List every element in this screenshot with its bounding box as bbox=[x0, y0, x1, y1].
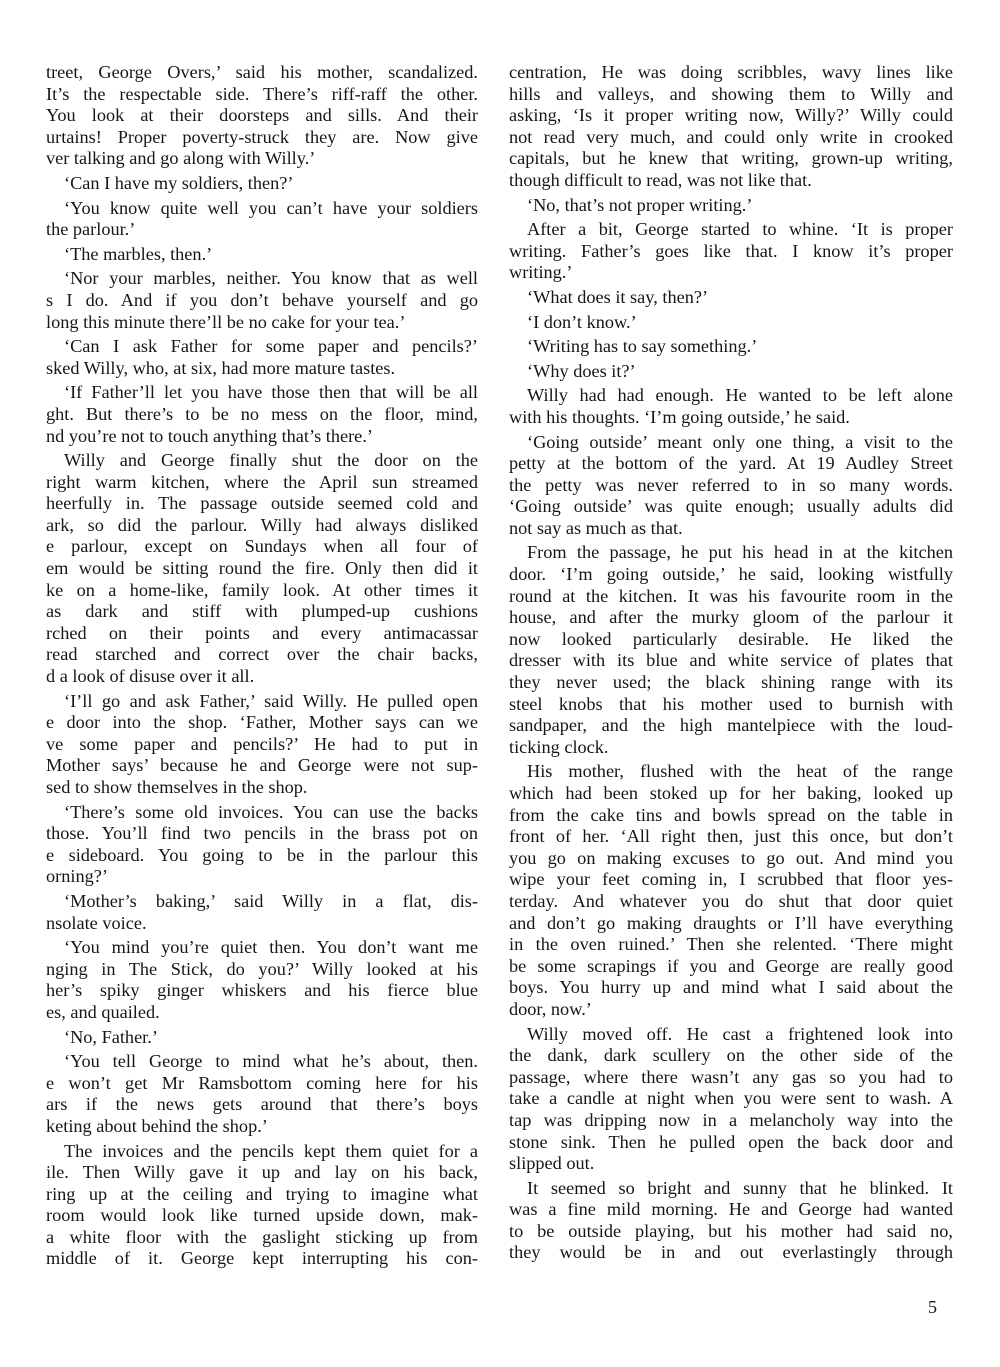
text-line: be some scrapings if you and George are … bbox=[509, 956, 953, 978]
text-line: tap was dripping now in a melancholy way… bbox=[509, 1110, 953, 1132]
text-line: writing. Father’s goes like that. I know… bbox=[509, 241, 953, 263]
text-line: His mother, flushed with the heat of the… bbox=[509, 761, 953, 783]
text-line: steel knobs that his mother used to burn… bbox=[509, 694, 953, 716]
text-line: they would be in and out everlastingly t… bbox=[509, 1242, 953, 1264]
text-line: ke on a home-like, family look. At other… bbox=[46, 580, 478, 602]
text-line: em would be sitting round the fire. Only… bbox=[46, 558, 478, 580]
text-line: e sideboard. You going to be in the parl… bbox=[46, 845, 478, 867]
text-line: ‘I don’t know.’ bbox=[509, 312, 953, 334]
text-line: her’s spiky ginger whiskers and his fier… bbox=[46, 980, 478, 1002]
text-line: ‘Going outside’ meant only one thing, a … bbox=[509, 432, 953, 454]
text-line: wipe your feet coming in, I scrubbed tha… bbox=[509, 869, 953, 891]
page-number: 5 bbox=[928, 1297, 937, 1318]
text-line: keting about behind the shop.’ bbox=[46, 1116, 478, 1138]
text-line: nd you’re not to touch anything that’s t… bbox=[46, 426, 478, 448]
text-line: ‘Can I ask Father for some paper and pen… bbox=[46, 336, 478, 358]
text-line: those. You’ll find two pencils in the br… bbox=[46, 823, 478, 845]
text-line: sandpaper, and the high mantelpiece with… bbox=[509, 715, 953, 737]
text-line: ‘You tell George to mind what he’s about… bbox=[46, 1051, 478, 1073]
text-line: After a bit, George started to whine. ‘I… bbox=[509, 219, 953, 241]
text-line: es, and quailed. bbox=[46, 1002, 478, 1024]
text-line: asking, ‘Is it proper writing now, Willy… bbox=[509, 105, 953, 127]
text-line: ‘Why does it?’ bbox=[509, 361, 953, 383]
text-line: ght. But there’s to be no mess on the fl… bbox=[46, 404, 478, 426]
text-line: dresser with its blue and white service … bbox=[509, 650, 953, 672]
text-line: was a fine mild morning. He and George h… bbox=[509, 1199, 953, 1221]
text-line: ‘I’ll go and ask Father,’ said Willy. He… bbox=[46, 691, 478, 713]
text-line: though difficult to read, was not like t… bbox=[509, 170, 953, 192]
text-line: ‘You mind you’re quiet then. You don’t w… bbox=[46, 937, 478, 959]
text-line: passage, where there wasn’t any gas so y… bbox=[509, 1067, 953, 1089]
text-line: now looked particularly desirable. He li… bbox=[509, 629, 953, 651]
text-line: which had been stoked up for her baking,… bbox=[509, 783, 953, 805]
text-line: nsolate voice. bbox=[46, 913, 478, 935]
text-line: ‘No, that’s not proper writing.’ bbox=[509, 195, 953, 217]
text-line: d a look of disuse over it all. bbox=[46, 666, 478, 688]
text-line: The invoices and the pencils kept them q… bbox=[46, 1141, 478, 1163]
text-line: ‘What does it say, then?’ bbox=[509, 287, 953, 309]
text-line: sed to show themselves in the shop. bbox=[46, 777, 478, 799]
text-line: Willy moved off. He cast a frightened lo… bbox=[509, 1024, 953, 1046]
text-line: From the passage, he put his head in at … bbox=[509, 542, 953, 564]
text-line: ars if the news gets around that there’s… bbox=[46, 1094, 478, 1116]
text-line: petty at the bottom of the yard. At 19 A… bbox=[509, 453, 953, 475]
text-line: a white floor with the gaslight sticking… bbox=[46, 1227, 478, 1249]
text-line: with his thoughts. ‘I’m going outside,’ … bbox=[509, 407, 953, 429]
text-line: from the cake tins and bowls spread on t… bbox=[509, 805, 953, 827]
text-line: sked Willy, who, at six, had more mature… bbox=[46, 358, 478, 380]
text-line: you go on making excuses to go out. And … bbox=[509, 848, 953, 870]
text-line: It’s the respectable side. There’s riff-… bbox=[46, 84, 478, 106]
text-line: ver talking and go along with Willy.’ bbox=[46, 148, 478, 170]
text-line: ‘There’s some old invoices. You can use … bbox=[46, 802, 478, 824]
text-line: ve some paper and pencils?’ He had to pu… bbox=[46, 734, 478, 756]
text-line: ‘You know quite well you can’t have your… bbox=[46, 198, 478, 220]
text-line: and don’t go making draughts or I’ll hav… bbox=[509, 913, 953, 935]
text-line: ticking clock. bbox=[509, 737, 953, 759]
text-line: terday. And whatever you do shut that do… bbox=[509, 891, 953, 913]
text-line: treet, George Overs,’ said his mother, s… bbox=[46, 62, 478, 84]
text-line: Willy had had enough. He wanted to be le… bbox=[509, 385, 953, 407]
text-line: ‘Going outside’ was quite enough; usuall… bbox=[509, 496, 953, 518]
text-line: not read very much, and could only write… bbox=[509, 127, 953, 149]
text-line: ‘Can I have my soldiers, then?’ bbox=[46, 173, 478, 195]
text-line: round at the kitchen. It was his favouri… bbox=[509, 586, 953, 608]
text-line: ‘Writing has to say something.’ bbox=[509, 336, 953, 358]
text-line: ‘No, Father.’ bbox=[46, 1027, 478, 1049]
text-line: capitals, but he knew that writing, grow… bbox=[509, 148, 953, 170]
text-line: to be outside playing, but his mother ha… bbox=[509, 1221, 953, 1243]
text-line: nging in The Stick, do you?’ Willy looke… bbox=[46, 959, 478, 981]
text-line: take a candle at night when you were sen… bbox=[509, 1088, 953, 1110]
text-line: long this minute there’ll be no cake for… bbox=[46, 312, 478, 334]
text-line: s I do. And if you don’t behave yourself… bbox=[46, 290, 478, 312]
text-line: slipped out. bbox=[509, 1153, 953, 1175]
text-line: as dark and stiff with plumped-up cushio… bbox=[46, 601, 478, 623]
text-line: rched on their points and every antimaca… bbox=[46, 623, 478, 645]
text-line: room would look like turned upside down,… bbox=[46, 1205, 478, 1227]
text-line: house, and after the murky gloom of the … bbox=[509, 607, 953, 629]
text-line: ark, so did the parlour. Willy had alway… bbox=[46, 515, 478, 537]
text-line: ‘Mother’s baking,’ said Willy in a flat,… bbox=[46, 891, 478, 913]
text-line: the petty was never referred to in so ma… bbox=[509, 475, 953, 497]
text-line: Willy and George finally shut the door o… bbox=[46, 450, 478, 472]
text-line: You look at their doorsteps and sills. A… bbox=[46, 105, 478, 127]
text-line: not say as much as that. bbox=[509, 518, 953, 540]
text-line: boys. You hurry up and mind what I said … bbox=[509, 977, 953, 999]
text-line: the parlour.’ bbox=[46, 219, 478, 241]
text-line: middle of it. George kept interrupting h… bbox=[46, 1248, 478, 1270]
text-line: Mother says’ because he and George were … bbox=[46, 755, 478, 777]
text-line: right warm kitchen, where the April sun … bbox=[46, 472, 478, 494]
text-line: front of her. ‘All right then, just this… bbox=[509, 826, 953, 848]
text-line: heerfully in. The passage outside seemed… bbox=[46, 493, 478, 515]
text-line: It seemed so bright and sunny that he bl… bbox=[509, 1178, 953, 1200]
text-line: ‘Nor your marbles, neither. You know tha… bbox=[46, 268, 478, 290]
right-text-column: centration, He was doing scribbles, wavy… bbox=[509, 62, 953, 1264]
text-line: door. ‘I’m going outside,’ he said, look… bbox=[509, 564, 953, 586]
text-line: e parlour, except on Sundays when all fo… bbox=[46, 536, 478, 558]
text-line: ‘The marbles, then.’ bbox=[46, 244, 478, 266]
text-line: ‘If Father’ll let you have those then th… bbox=[46, 382, 478, 404]
left-text-column: treet, George Overs,’ said his mother, s… bbox=[46, 62, 478, 1270]
text-line: e won’t get Mr Ramsbottom coming here fo… bbox=[46, 1073, 478, 1095]
text-line: urtains! Proper poverty-struck they are.… bbox=[46, 127, 478, 149]
text-line: e door into the shop. ‘Father, Mother sa… bbox=[46, 712, 478, 734]
text-line: centration, He was doing scribbles, wavy… bbox=[509, 62, 953, 84]
text-line: stone sink. Then he pulled open the back… bbox=[509, 1132, 953, 1154]
text-line: the dank, dark scullery on the other sid… bbox=[509, 1045, 953, 1067]
text-line: orning?’ bbox=[46, 866, 478, 888]
text-line: hills and valleys, and showing them to W… bbox=[509, 84, 953, 106]
text-line: door, now.’ bbox=[509, 999, 953, 1021]
text-line: ile. Then Willy gave it up and lay on hi… bbox=[46, 1162, 478, 1184]
text-line: ring up at the ceiling and trying to ima… bbox=[46, 1184, 478, 1206]
text-line: in the oven ruined.’ Then she relented. … bbox=[509, 934, 953, 956]
text-line: read starched and correct over the chair… bbox=[46, 644, 478, 666]
text-line: writing.’ bbox=[509, 262, 953, 284]
text-line: they never used; the black shining range… bbox=[509, 672, 953, 694]
